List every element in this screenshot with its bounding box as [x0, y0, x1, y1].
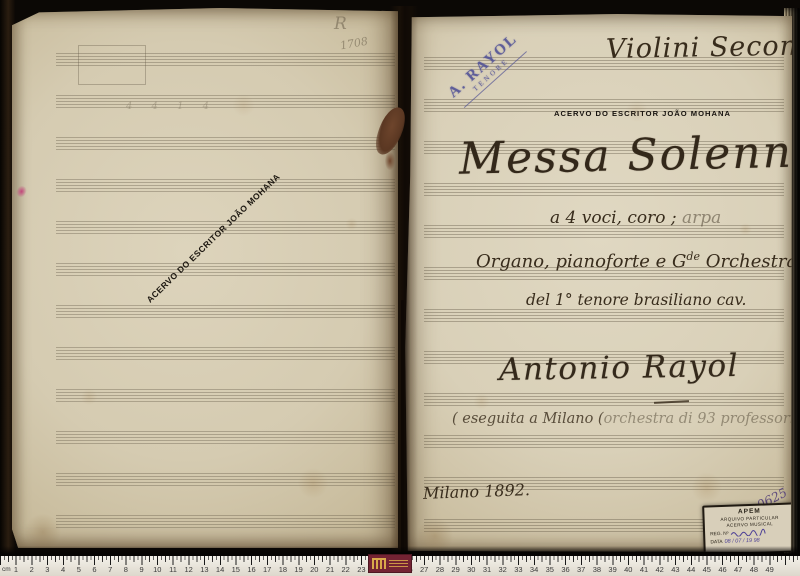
staff-lines	[56, 95, 395, 108]
ruler-number: 19	[294, 565, 302, 574]
dedication-line: del 1° tenore brasiliano cav.	[526, 291, 746, 309]
ruler-number: 37	[577, 565, 585, 574]
staff-lines	[424, 435, 784, 448]
instrumentation-line: Organo, pianoforte e Gde Orchestra,	[476, 250, 800, 272]
ruler-number: 36	[561, 565, 569, 574]
pencil-time-signature-marks: 4 4 1 4	[126, 101, 217, 112]
staff-lines	[56, 137, 395, 150]
archive-logo-text-lines	[389, 558, 408, 569]
ruler-number: 28	[436, 565, 444, 574]
ruler-number: 9	[140, 565, 144, 574]
scoring-line: a 4 voci, coro ; arpa	[550, 208, 721, 228]
ruler-number: 32	[499, 565, 507, 574]
ruler-number: 30	[467, 565, 475, 574]
staff-lines	[56, 347, 395, 360]
pencil-rectangle-annotation	[78, 45, 146, 85]
collection-stamp: ACERVO DO ESCRITOR JOÃO MOHANA	[554, 109, 731, 118]
composer-name: Antonio Rayol	[499, 348, 740, 388]
ruler-number: 44	[687, 565, 695, 574]
archive-logo	[368, 554, 412, 573]
ruler-number: 18	[279, 565, 287, 574]
performance-note-faint: orchestra di 93 professori	[604, 411, 795, 427]
left-page: R 1708 4 4 1 4 ACERVO DO ESCRITOR JOÃO M…	[12, 8, 398, 548]
ruler-number: 40	[624, 565, 632, 574]
ruler-number: 8	[124, 565, 128, 574]
staff-lines	[424, 393, 784, 406]
staff-paper-left	[12, 8, 398, 548]
building-icon	[372, 558, 386, 569]
ruler-number: 49	[765, 565, 773, 574]
place-and-date: Milano 1892.	[423, 480, 531, 503]
ruler-number: 22	[342, 565, 350, 574]
ruler-number: 47	[734, 565, 742, 574]
scoring-faint: arpa	[682, 208, 721, 228]
manuscript-scan: R 1708 4 4 1 4 ACERVO DO ESCRITOR JOÃO M…	[0, 0, 800, 576]
ruler-number: 3	[45, 565, 49, 574]
ruler-number: 2	[30, 565, 34, 574]
gutter-crack	[401, 300, 404, 552]
staff-lines	[424, 309, 784, 322]
ruler-number: 1	[14, 565, 18, 574]
staff-lines	[56, 515, 395, 528]
date-value: 08 / 07 / 19 98	[724, 538, 759, 545]
instrumentation-superscript: de	[686, 250, 700, 263]
pencil-squiggle: R	[334, 14, 347, 34]
ruler-number: 39	[608, 565, 616, 574]
performance-note-pre: ( eseguita a Milano (	[452, 411, 604, 427]
staff-lines	[424, 183, 784, 196]
ruler-number: 43	[671, 565, 679, 574]
ruler-number: 29	[451, 565, 459, 574]
ruler-number: 21	[326, 565, 334, 574]
signature-scribble-icon	[730, 528, 766, 536]
performance-note: ( eseguita a Milano (orchestra di 93 pro…	[452, 411, 800, 427]
ruler-number: 33	[514, 565, 522, 574]
staff-lines	[56, 431, 395, 444]
staff-lines	[56, 305, 395, 318]
ruler-number: 6	[92, 565, 96, 574]
ruler-number: 15	[232, 565, 240, 574]
ruler-number: 10	[153, 565, 161, 574]
ruler-number: 11	[169, 565, 177, 574]
date-label: DATA	[710, 540, 722, 545]
instrumentation-pre: Organo, pianoforte e G	[476, 251, 686, 272]
ruler-number: 42	[656, 565, 664, 574]
ruler-number: 41	[640, 565, 648, 574]
ruler-number: 48	[750, 565, 758, 574]
ruler-number: 14	[216, 565, 224, 574]
ruler-number: 45	[703, 565, 711, 574]
ruler-number: 16	[247, 565, 255, 574]
ruler-number: 13	[200, 565, 208, 574]
ruler-number: 7	[108, 565, 112, 574]
ruler-number: 12	[185, 565, 193, 574]
ruler-number: 23	[357, 565, 365, 574]
ruler-number: 17	[263, 565, 271, 574]
staff-lines	[56, 179, 395, 192]
ruler-number: 46	[718, 565, 726, 574]
ruler-number: 4	[61, 565, 65, 574]
staff-lines	[56, 389, 395, 402]
right-page: Violini Secondi. A. RAYOL TENORE ACERVO …	[404, 14, 792, 552]
part-label: Violini Secondi.	[606, 30, 800, 65]
ruler-number: 5	[77, 565, 81, 574]
ruler-number: 38	[593, 565, 601, 574]
staff-lines	[56, 263, 395, 276]
brown-stain-small	[385, 152, 395, 170]
ruler-number: 31	[483, 565, 491, 574]
ruler-number: 27	[420, 565, 428, 574]
instrumentation-post: Orchestra,	[700, 251, 800, 272]
ruler-unit-label: cm	[2, 566, 11, 573]
ruler-number: 35	[546, 565, 554, 574]
ruler-number: 20	[310, 565, 318, 574]
work-title: Messa Solenne	[459, 126, 800, 185]
scoring-main: a 4 voci, coro ;	[550, 208, 682, 228]
reg-label: REG. Nº	[710, 532, 728, 538]
staff-lines	[56, 473, 395, 486]
ruler-number: 34	[530, 565, 538, 574]
